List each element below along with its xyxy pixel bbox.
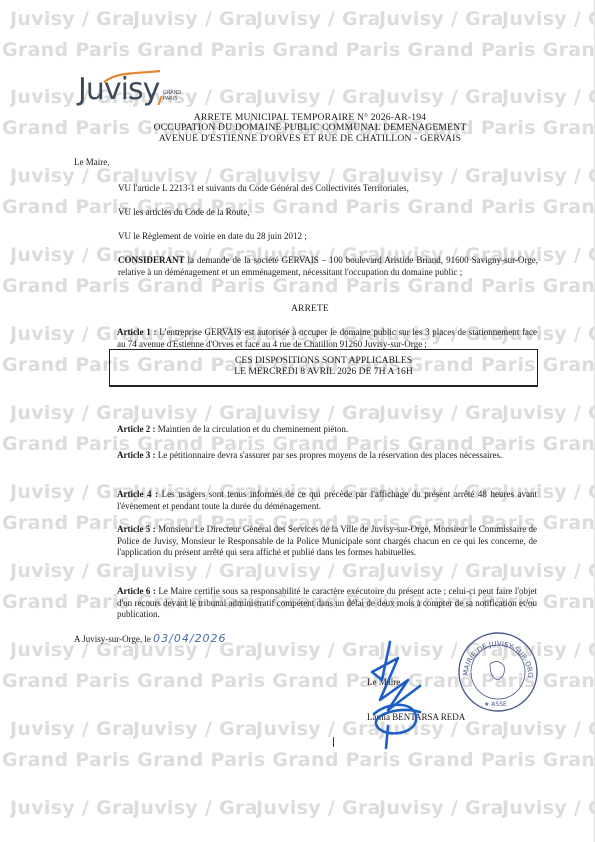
article-4: Article 4 : Les usagers sont tenus infor… xyxy=(117,489,537,512)
visa-1: VU l'article L 2213-1 et suivants du Cod… xyxy=(118,183,548,195)
article-1-label: Article 1 : xyxy=(117,327,156,337)
mairie-stamp-icon: MAIRIE DE JUVISY-SUR-ORGE ★ ASSE xyxy=(456,630,540,714)
applicability-line-2: LE MERCREDI 8 AVRIL 2026 DE 7H A 16H xyxy=(110,366,537,377)
article-5-label: Article 5 : xyxy=(117,524,156,534)
juvisy-logo: Juvisy GRAND PARIS xyxy=(78,70,198,110)
article-4-text: Les usagers sont tenus informés de ce qu… xyxy=(117,489,537,511)
article-3: Article 3 : Le pétitionnaire devra s'ass… xyxy=(117,450,537,462)
decree-subject: OCCUPATION DU DOMAINE PUBLIC COMMUNAL DE… xyxy=(100,122,520,133)
article-3-label: Article 3 : xyxy=(117,450,155,460)
article-2-text: Maintien de la circulation et du chemine… xyxy=(155,424,348,434)
article-6: Article 6 : Le Maire certifie sous sa re… xyxy=(117,586,537,621)
article-1-text: L'entreprise GERVAIS est autorisée à occ… xyxy=(117,327,537,349)
considerant-lead: CONSIDERANT xyxy=(118,255,185,265)
svg-text:★ ASSE: ★ ASSE xyxy=(484,701,507,708)
article-3-text: Le pétitionnaire devra s'assurer par ses… xyxy=(155,450,502,460)
logo-wordmark: Juvisy xyxy=(78,72,159,107)
logo-sub-paris: PARIS xyxy=(163,96,181,102)
applicability-box: CES DISPOSITIONS SONT APPLICABLES LE MER… xyxy=(109,349,538,387)
logo-subtitle: GRAND PARIS xyxy=(163,90,181,102)
handwritten-signature-icon xyxy=(360,640,440,750)
signature-place-date: A Juvisy-sur-Orge, le 03/04/2026 xyxy=(74,633,227,646)
article-5: Article 5 : Monsieur Le Directeur Généra… xyxy=(117,524,537,559)
arrete-heading: ARRETE xyxy=(100,304,520,314)
document-page: Juvisy GRAND PARIS ARRETE MUNICIPAL TEMP… xyxy=(0,0,595,842)
intro-text: Le Maire, xyxy=(74,157,109,169)
article-5-text: Monsieur Le Directeur Général des Servic… xyxy=(117,524,537,557)
svg-text:MAIRIE DE JUVISY-SUR-ORGE: MAIRIE DE JUVISY-SUR-ORGE xyxy=(456,630,534,678)
visa-3: VU le Règlement de voirie en date du 28 … xyxy=(118,231,548,243)
signature-place: A Juvisy-sur-Orge, le xyxy=(74,634,151,644)
decree-location: AVENUE D'ESTIENNE D'ORVES ET RUE DE CHAT… xyxy=(100,133,520,144)
handwritten-date: 03/04/2026 xyxy=(153,632,226,645)
considerant-paragraph: CONSIDERANT la demande de la société GER… xyxy=(118,255,538,278)
article-6-text: Le Maire certifie sous sa responsabilité… xyxy=(117,586,537,619)
applicability-line-1: CES DISPOSITIONS SONT APPLICABLES xyxy=(110,355,537,366)
article-4-label: Article 4 : xyxy=(117,489,158,499)
article-6-label: Article 6 : xyxy=(117,586,156,596)
visa-2: VU les articles du Code de la Route, xyxy=(118,207,548,219)
article-1: Article 1 : L'entreprise GERVAIS est aut… xyxy=(117,327,537,350)
article-2-label: Article 2 : xyxy=(117,424,155,434)
text-cursor xyxy=(333,737,334,747)
article-2: Article 2 : Maintien de la circulation e… xyxy=(117,424,537,436)
